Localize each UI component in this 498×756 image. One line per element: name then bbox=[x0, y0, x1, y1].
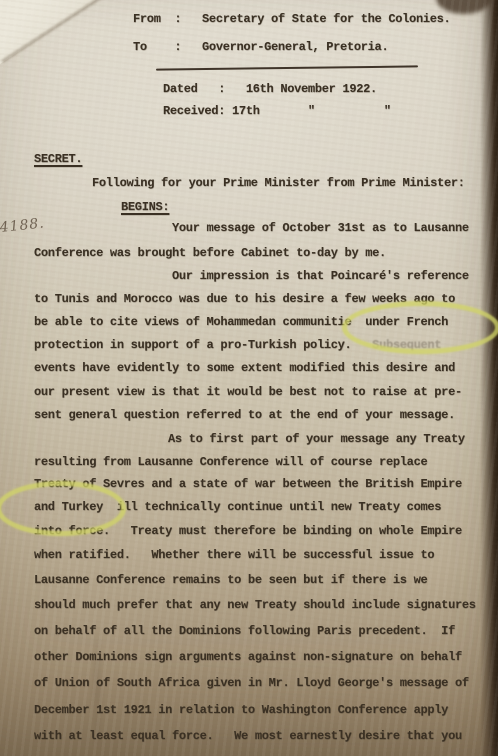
body-line: As to first part of your message any Tre… bbox=[168, 432, 465, 446]
body-line-text: protection in support of a pro-Turkish p… bbox=[34, 338, 372, 352]
body-line: Our impression is that Poincaré's refere… bbox=[172, 269, 469, 283]
body-line: on behalf of all the Dominions following… bbox=[34, 624, 455, 638]
to-line: To : Governor-General, Pretoria. bbox=[133, 40, 388, 54]
body-line: of Union of South Africa given in Mr. Ll… bbox=[34, 676, 469, 690]
dated-line: Dated : 16th November 1922. bbox=[163, 82, 377, 96]
document-page: From : Secretary of State for the Coloni… bbox=[0, 0, 498, 756]
body-line: other Dominions sign arguments against n… bbox=[34, 650, 462, 664]
begins-label: BEGINS: bbox=[121, 200, 169, 214]
paper-fold-corner bbox=[0, 0, 120, 80]
highlight-circle-and-turkey bbox=[0, 481, 126, 536]
header-divider bbox=[156, 65, 418, 70]
photo-dark-edge bbox=[480, 0, 498, 756]
from-line: From : Secretary of State for the Coloni… bbox=[133, 12, 450, 26]
body-line: resulting from Lausanne Conference will … bbox=[34, 455, 427, 469]
handwritten-margin-note: /4188. bbox=[0, 215, 45, 236]
body-line: December 1st 1921 in relation to Washing… bbox=[34, 703, 448, 717]
body-line: sent general question referred to at the… bbox=[34, 408, 455, 422]
body-line: should much prefer that any new Treaty s… bbox=[34, 598, 476, 612]
classification-label: SECRET. bbox=[34, 152, 82, 166]
received-line: Received: 17th " " bbox=[163, 104, 391, 118]
body-line: our present view is that it would be bes… bbox=[34, 385, 462, 399]
body-line: events have evidently to some extent mod… bbox=[34, 361, 455, 375]
preamble-line: Following for your Prime Minister from P… bbox=[92, 176, 465, 190]
body-line: when ratified. Whether there will be suc… bbox=[34, 548, 434, 562]
body-line: with at least equal force. We most earne… bbox=[34, 729, 462, 743]
body-line: Conference was brought before Cabinet to… bbox=[34, 246, 386, 260]
highlight-circle-under-french bbox=[342, 301, 498, 354]
body-line: Lausanne Conference remains to be seen b… bbox=[34, 573, 427, 587]
body-line: Your message of October 31st as to Lausa… bbox=[172, 221, 469, 235]
